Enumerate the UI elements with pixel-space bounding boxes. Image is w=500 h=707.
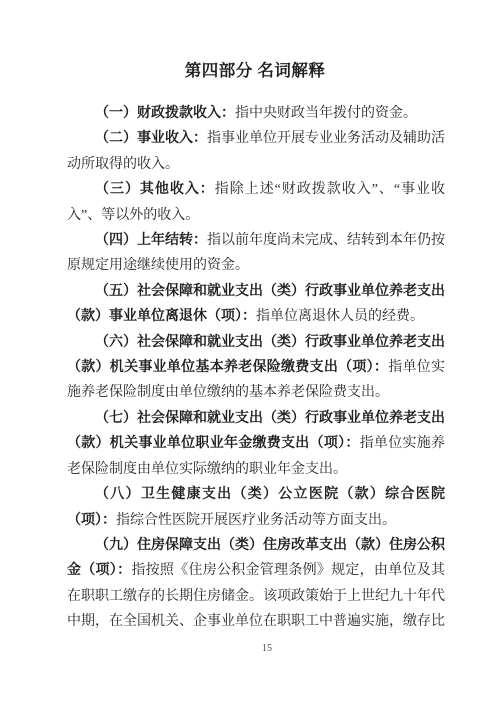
glossary-paragraph: （二）事业收入：指事业单位开展专业业务活动及辅助活动所取得的收入。 bbox=[67, 126, 445, 177]
term-label: （一）财政拨款收入： bbox=[95, 106, 235, 121]
glossary-paragraph: （七）社会保障和就业支出（类）行政事业单位养老支出（款）机关事业单位职业年金缴费… bbox=[67, 406, 445, 482]
glossary-paragraph: （三）其他收入：指除上述“财政拨款收入”、“事业收入”、等以外的收入。 bbox=[67, 177, 445, 228]
glossary-paragraph: （四）上年结转：指以前年度尚未完成、结转到本年仍按原规定用途继续使用的资金。 bbox=[67, 228, 445, 279]
term-label: （三）其他收入： bbox=[95, 182, 215, 197]
glossary-paragraph: （九）住房保障支出（类）住房改革支出（款）住房公积金（项）：指按照《住房公积金管… bbox=[67, 533, 445, 635]
glossary-paragraph: （一）财政拨款收入：指中央财政当年拨付的资金。 bbox=[67, 101, 445, 126]
document-page: 第四部分 名词解释 （一）财政拨款收入：指中央财政当年拨付的资金。 （二）事业收… bbox=[0, 0, 500, 707]
term-label: （二）事业收入： bbox=[95, 131, 207, 146]
page-number: 15 bbox=[0, 643, 500, 654]
glossary-section: （一）财政拨款收入：指中央财政当年拨付的资金。 （二）事业收入：指事业单位开展专… bbox=[67, 101, 445, 635]
glossary-paragraph: （六）社会保障和就业支出（类）行政事业单位养老支出（款）机关事业单位基本养老保险… bbox=[67, 330, 445, 406]
glossary-paragraph: （五）社会保障和就业支出（类）行政事业单位养老支出（款）事业单位离退休（项）：指… bbox=[67, 279, 445, 330]
term-definition: 指单位离退休人员的经费。 bbox=[256, 309, 424, 324]
page-title: 第四部分 名词解释 bbox=[0, 0, 500, 84]
term-definition: 指中央财政当年拨付的资金。 bbox=[235, 106, 417, 121]
term-definition: 指综合性医院开展医疗业务活动等方面支出。 bbox=[116, 513, 396, 528]
glossary-paragraph: （八）卫生健康支出（类）公立医院（款）综合医院（项）：指综合性医院开展医疗业务活… bbox=[67, 482, 445, 533]
term-label: （四）上年结转： bbox=[95, 233, 207, 248]
